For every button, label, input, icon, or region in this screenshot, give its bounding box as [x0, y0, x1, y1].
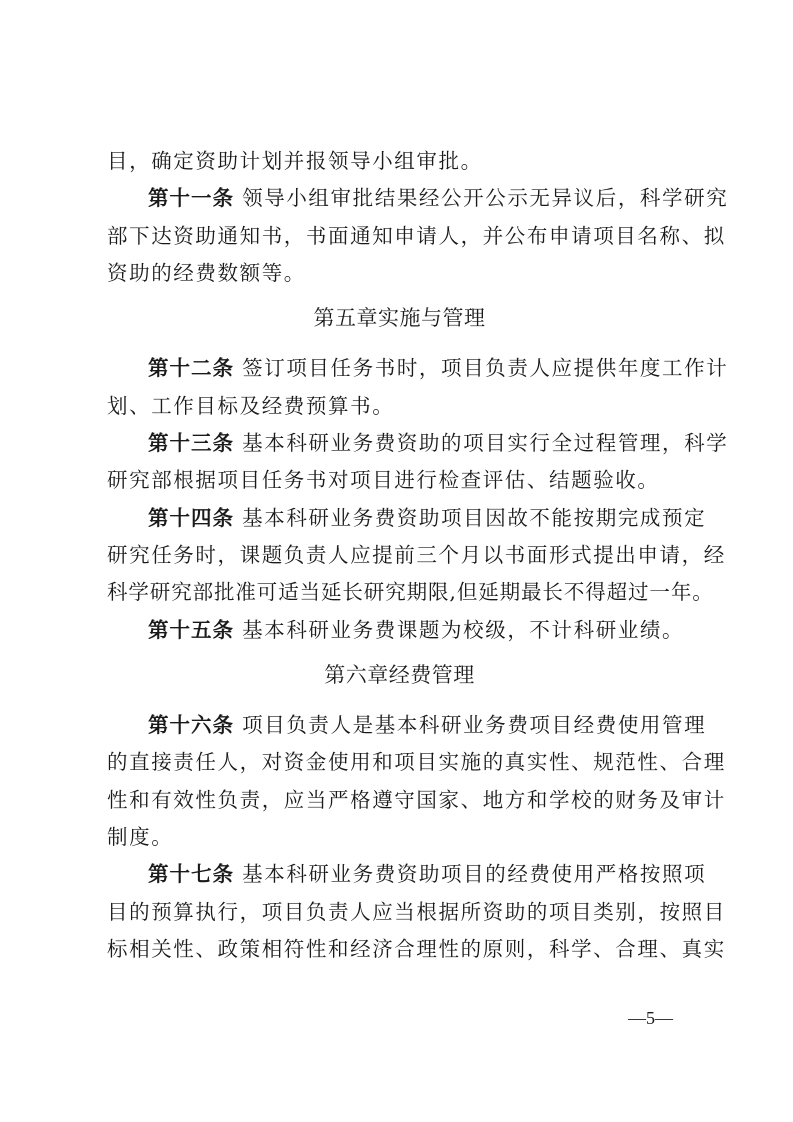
text-line: 科学研究部批准可适当延长研究期限,但延期最长不得超过一年。 [107, 574, 692, 611]
article-text: 基本科研业务费资助项目因故不能按期完成预定 [242, 506, 706, 530]
article-15: 第十五条 基本科研业务费课题为校级，不计科研业绩。 [107, 612, 692, 649]
text-line: 的直接责任人，对资金使用和项目实施的真实性、规范性、合理 [107, 744, 692, 781]
article-13: 第十三条 基本科研业务费资助的项目实行全过程管理，科学 [107, 425, 692, 462]
text-line: 性和有效性负责，应当严格遵守国家、地方和学校的财务及审计 [107, 782, 692, 819]
article-label: 第十六条 [148, 713, 234, 737]
article-label: 第十二条 [148, 356, 234, 380]
article-text: 基本科研业务费资助项目的经费使用严格按照项 [242, 862, 706, 886]
text-line: 制度。 [107, 819, 692, 856]
text-line: 资助的经费数额等。 [107, 255, 692, 292]
article-17: 第十七条 基本科研业务费资助项目的经费使用严格按照项 [107, 856, 692, 893]
article-11: 第十一条 领导小组审批结果经公开公示无异议后，科学研究 [107, 180, 692, 217]
article-label: 第十三条 [148, 431, 234, 455]
article-text: 项目负责人是基本科研业务费项目经费使用管理 [242, 713, 706, 737]
text-line: 目的预算执行，项目负责人应当根据所资助的项目类别，按照目 [107, 894, 692, 931]
article-label: 第十一条 [148, 186, 234, 210]
text-line: 划、工作目标及经费预算书。 [107, 388, 692, 425]
article-16: 第十六条 项目负责人是基本科研业务费项目经费使用管理 [107, 707, 692, 744]
text-line: 目，确定资助计划并报领导小组审批。 [107, 143, 692, 180]
chapter-heading: 第五章实施与管理 [107, 300, 692, 337]
text-line: 研究部根据项目任务书对项目进行检查评估、结题验收。 [107, 462, 692, 499]
article-label: 第十七条 [148, 862, 234, 886]
text-line: 研究任务时，课题负责人应提前三个月以书面形式提出申请，经 [107, 537, 692, 574]
article-text: 基本科研业务费资助的项目实行全过程管理，科学 [242, 431, 728, 455]
article-12: 第十二条 签订项目任务书时，项目负责人应提供年度工作计 [107, 350, 692, 387]
article-text: 基本科研业务费课题为校级，不计科研业绩。 [242, 618, 684, 642]
article-label: 第十五条 [148, 618, 234, 642]
article-text: 签订项目任务书时，项目负责人应提供年度工作计 [242, 356, 728, 380]
page-number: —5— [628, 1008, 673, 1029]
text-line: 部下达资助通知书，书面通知申请人，并公布申请项目名称、拟 [107, 218, 692, 255]
chapter-heading: 第六章经费管理 [107, 657, 692, 694]
article-14: 第十四条 基本科研业务费资助项目因故不能按期完成预定 [107, 500, 692, 537]
article-text: 领导小组审批结果经公开公示无异议后，科学研究 [242, 186, 728, 210]
article-label: 第十四条 [148, 506, 234, 530]
text-line: 标相关性、政策相符性和经济合理性的原则，科学、合理、真实 [107, 931, 692, 968]
document-page: 目，确定资助计划并报领导小组审批。 第十一条 领导小组审批结果经公开公示无异议后… [107, 143, 692, 968]
